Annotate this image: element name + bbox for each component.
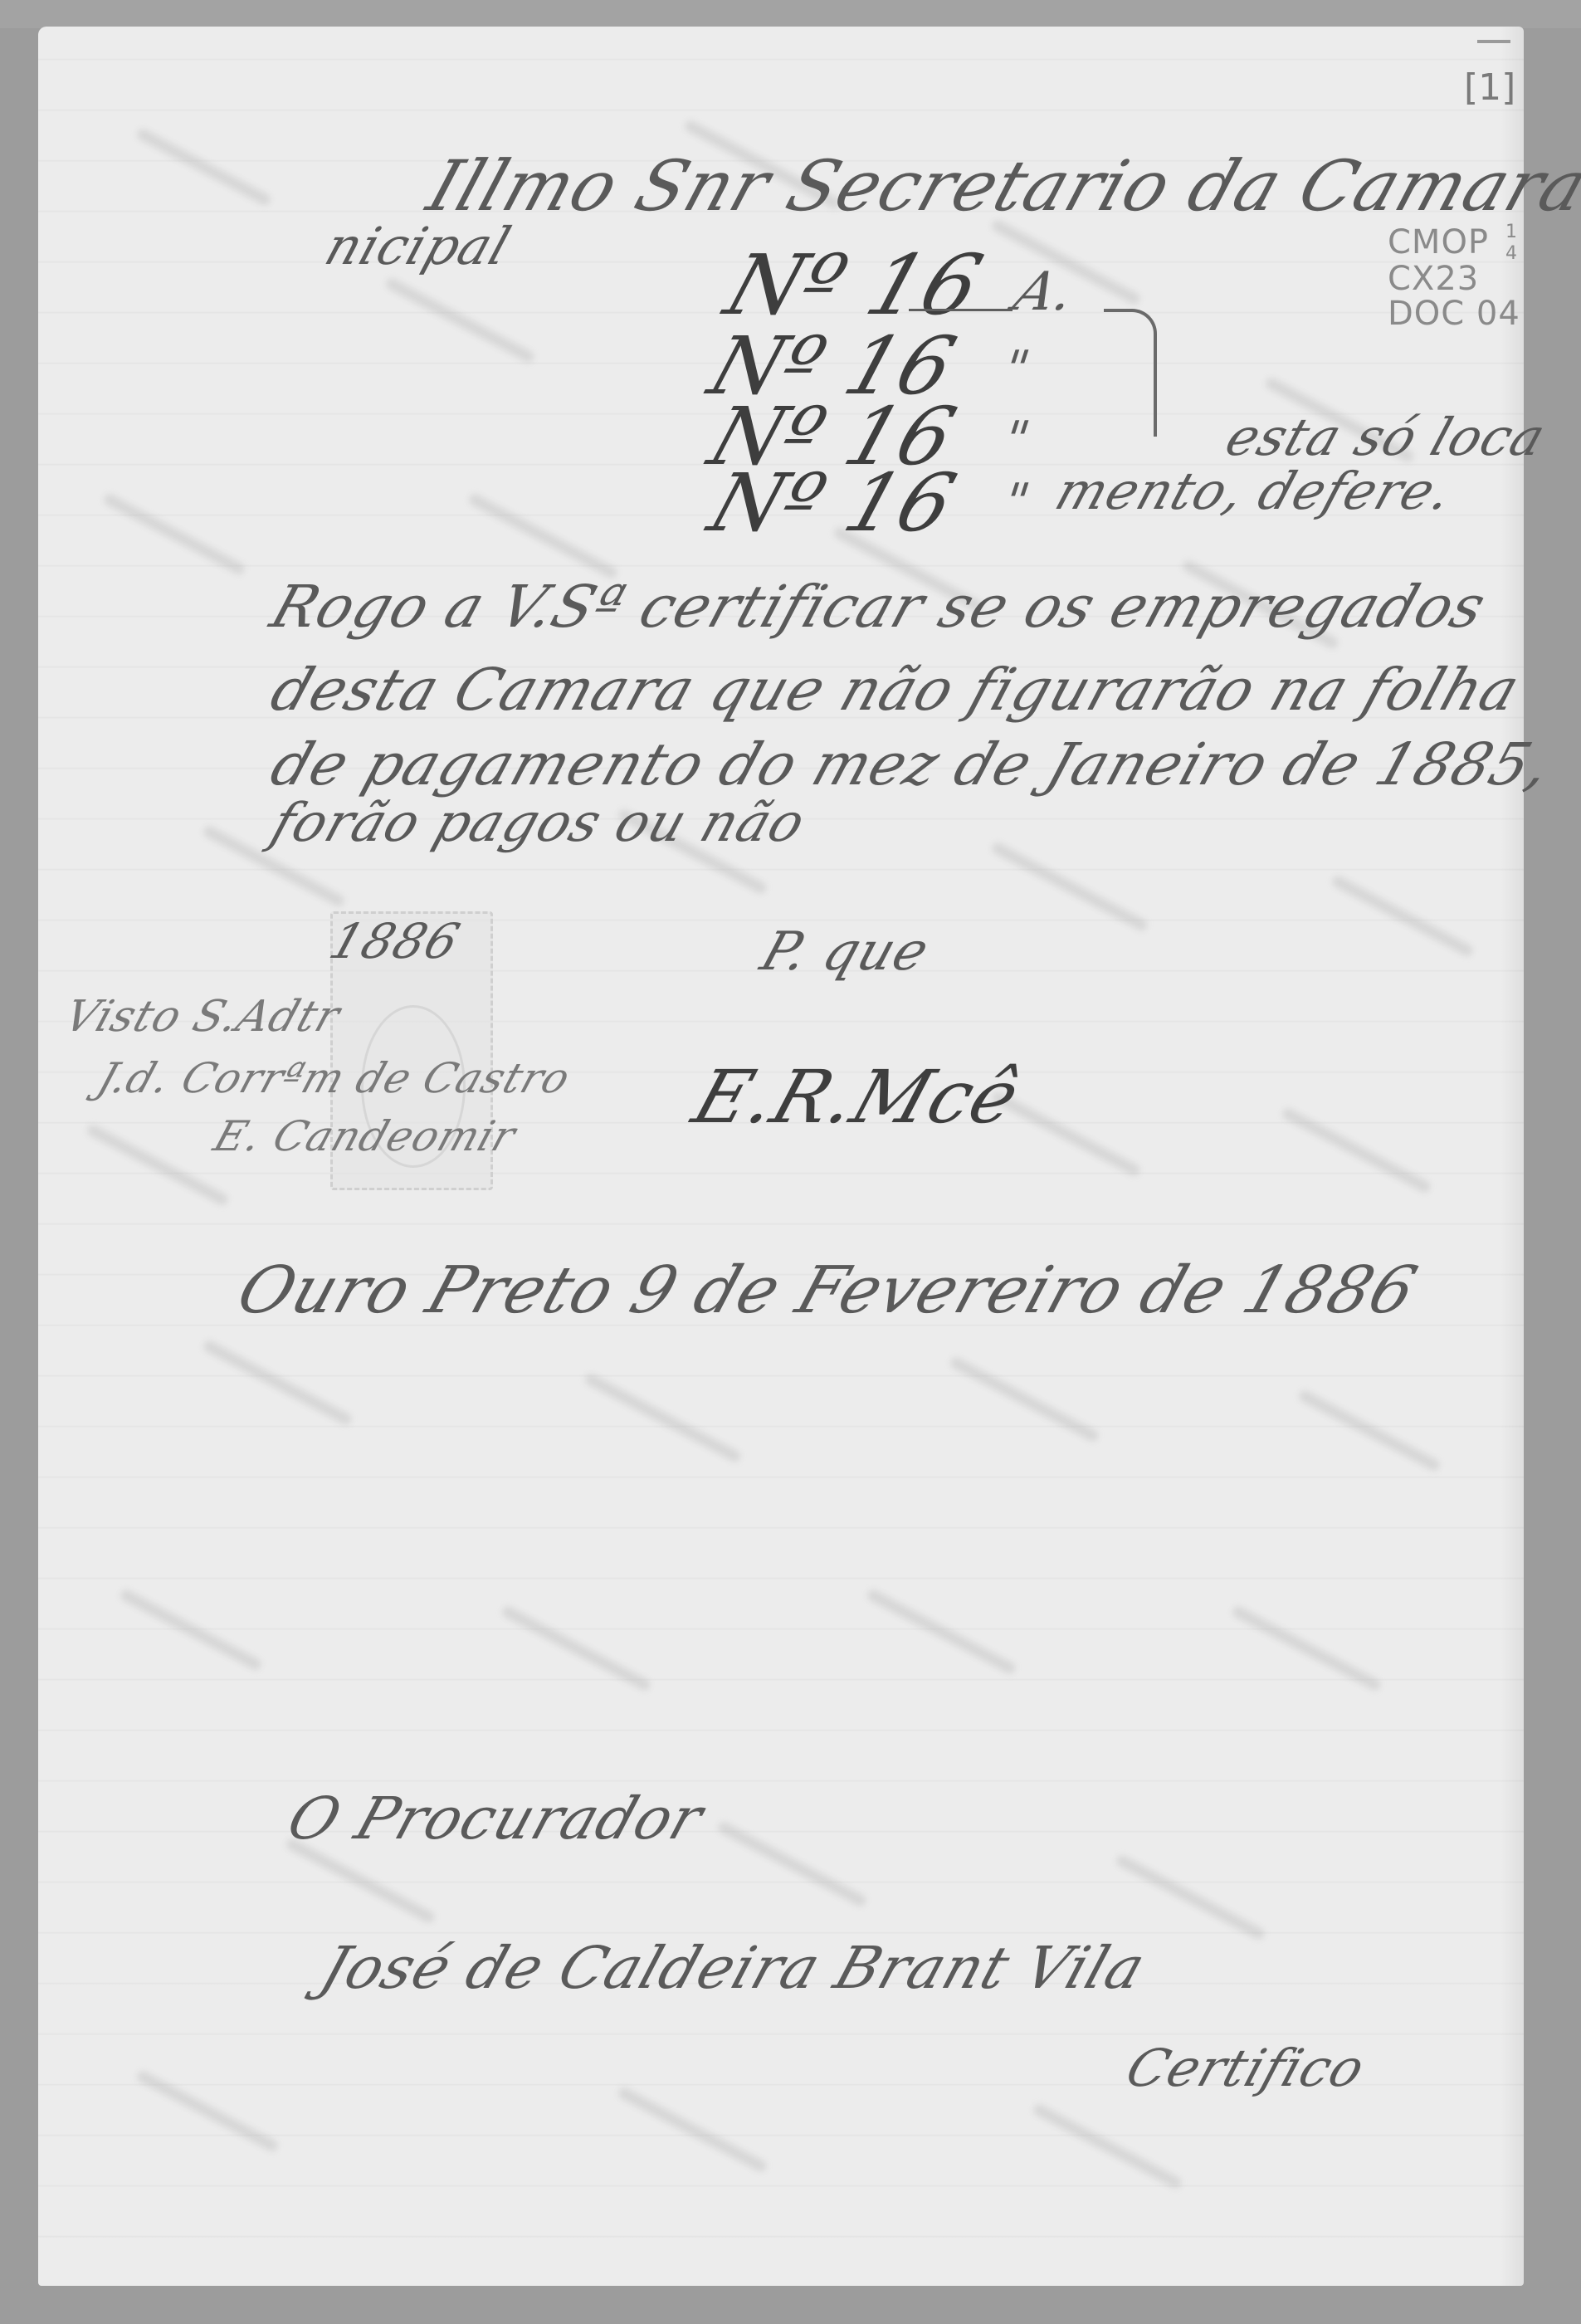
closing-pede: P. que [754, 921, 937, 983]
stamp-year: 1886 [323, 913, 467, 969]
number-entry: Nº 16 [699, 456, 967, 549]
bleed-through-mark [1297, 1389, 1442, 1473]
bracket-mark [1104, 309, 1157, 437]
bleed-through-mark [202, 1339, 354, 1427]
bleed-through-mark [716, 1820, 868, 1908]
bleed-through-mark [583, 1372, 743, 1464]
paper-edge-shadow [1500, 27, 1524, 2286]
body-line-2: desta Camara que não figurarão na folha [263, 656, 1529, 724]
bleed-through-mark [949, 1355, 1100, 1443]
bleed-through-mark [1330, 874, 1475, 959]
bleed-through-mark [119, 1588, 263, 1672]
scanner-background [0, 0, 1581, 28]
bleed-through-mark [990, 841, 1149, 933]
margin-note-line-2: mento, defere. [1048, 461, 1461, 521]
bleed-through-mark [135, 127, 273, 207]
bleed-through-mark [1115, 1853, 1266, 1941]
bleed-through-mark [135, 2069, 280, 2154]
place-date: Ouro Preto 9 de Fevereiro de 1886 [228, 1253, 1426, 1328]
body-line-4: forão pagos ou não [264, 793, 813, 854]
connector-line [909, 309, 1013, 311]
page-number: [1] [1464, 66, 1515, 109]
bleed-through-mark [1231, 1604, 1383, 1692]
archive-label-box: CX23 [1388, 261, 1479, 297]
archive-label-doc: DOC 04 [1388, 295, 1520, 332]
archive-label-collection: CMOP 1 4 [1388, 224, 1489, 261]
bleed-through-mark [500, 1604, 652, 1692]
stamp-annotation-line-2: J.d. Corrªm de Castro [92, 1054, 577, 1102]
bleed-through-mark [384, 276, 536, 364]
body-line-1: Rogo a V.Sª certificar se os empregados [263, 573, 1495, 641]
bleed-through-mark [85, 1123, 230, 1208]
closing-erm: E.R.Mcê [683, 1054, 1030, 1140]
body-line-3: de pagamento do mez de Janeiro de 1885, [263, 730, 1560, 798]
salutation-line-2: nicipal [318, 216, 519, 276]
bleed-through-mark [617, 2086, 769, 2174]
salutation-line-1: Illmo Snr Secretario da Camara Mu- [418, 145, 1581, 227]
margin-note-line-1: esta só loca [1218, 407, 1554, 467]
bleed-through-mark [1281, 1106, 1432, 1194]
signature-name: José de Caldeira Brant Vila [313, 1934, 1154, 2002]
archive-subscript: 4 [1505, 236, 1518, 272]
bleed-through-mark [467, 492, 619, 580]
bleed-through-mark [1032, 2102, 1183, 2190]
bleed-through-mark [102, 492, 246, 577]
archive-collection-code: CMOP [1388, 223, 1489, 261]
bleed-through-mark [866, 1588, 1017, 1676]
certifico-note: Certifico [1119, 2038, 1373, 2098]
pencil-mark [1477, 40, 1510, 43]
signature-title: O Procurador [280, 1784, 712, 1853]
stamp-annotation-line-3: E. Candeomir [208, 1112, 522, 1160]
stamp-annotation-line-1: Visto S.Adtr [58, 992, 346, 1042]
